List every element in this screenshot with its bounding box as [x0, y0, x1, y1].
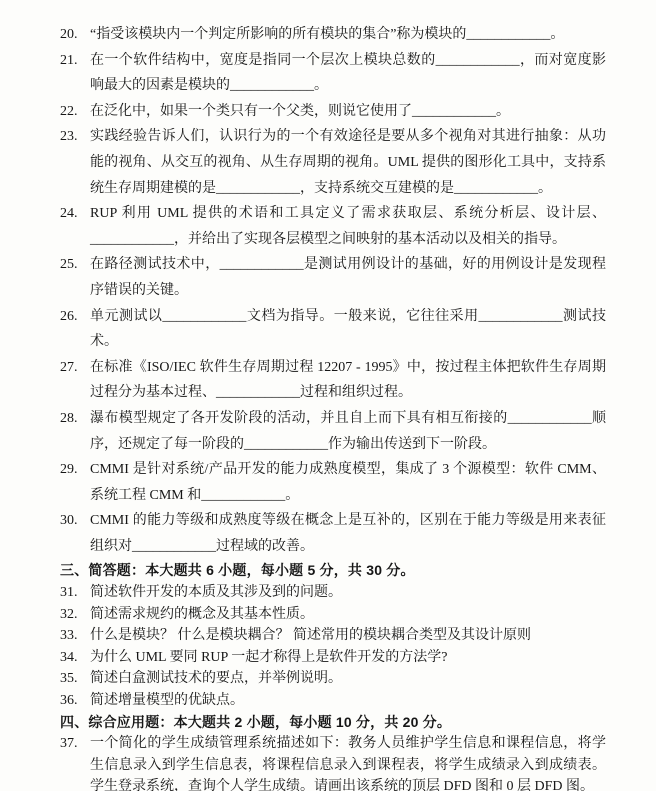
- question-number: 31.: [60, 582, 90, 604]
- question-text: 简述白盒测试技术的要点，并举例说明。: [90, 668, 606, 690]
- lower-sections: 三、简答题：本大题共 6 小题，每小题 5 分，共 30 分。 31. 简述软件…: [60, 560, 606, 791]
- question-number: 20.: [60, 22, 90, 48]
- question-text: CMMI 是针对系统/产品开发的能力成熟度模型，集成了 3 个源模型：软件 CM…: [90, 457, 606, 508]
- question-number: 36.: [60, 690, 90, 712]
- question-31: 31. 简述软件开发的本质及其涉及到的问题。: [60, 582, 606, 604]
- question-number: 32.: [60, 604, 90, 626]
- question-35: 35. 简述白盒测试技术的要点，并举例说明。: [60, 668, 606, 690]
- question-text: 为什么 UML 要同 RUP 一起才称得上是软件开发的方法学?: [90, 647, 606, 669]
- question-text: CMMI 的能力等级和成熟度等级在概念上是互补的，区别在于能力等级是用来表征组织…: [90, 508, 606, 559]
- question-text: 瀑布模型规定了各开发阶段的活动，并且自上而下具有相互衔接的___________…: [90, 406, 606, 457]
- question-text: 简述软件开发的本质及其涉及到的问题。: [90, 582, 606, 604]
- question-33: 33. 什么是模块？ 什么是模块耦合？ 简述常用的模块耦合类型及其设计原则: [60, 625, 606, 647]
- fill-in-blank-section: 20. “指受该模块内一个判定所影响的所有模块的集合”称为模块的________…: [60, 22, 606, 559]
- section-heading-text: 四、综合应用题：本大题共 2 小题，每小题 10 分，共 20 分。: [60, 712, 606, 734]
- question-36: 36. 简述增量模型的优缺点。: [60, 690, 606, 712]
- question-34: 34. 为什么 UML 要同 RUP 一起才称得上是软件开发的方法学?: [60, 647, 606, 669]
- question-text: 在标准《ISO/IEC 软件生存周期过程 12207 - 1995》中，按过程主…: [90, 355, 606, 406]
- question-text: 实践经验告诉人们，认识行为的一个有效途径是要从多个视角对其进行抽象：从功能的视角…: [90, 124, 606, 201]
- question-text: 单元测试以____________文档为指导。一般来说，它往往采用_______…: [90, 304, 606, 355]
- question-32: 32. 简述需求规约的概念及其基本性质。: [60, 604, 606, 626]
- question-30: 30. CMMI 的能力等级和成熟度等级在概念上是互补的，区别在于能力等级是用来…: [60, 508, 606, 559]
- question-20: 20. “指受该模块内一个判定所影响的所有模块的集合”称为模块的________…: [60, 22, 606, 48]
- question-text: RUP 利用 UML 提供的术语和工具定义了需求获取层、系统分析层、设计层、__…: [90, 201, 606, 252]
- section-heading-application: 四、综合应用题：本大题共 2 小题，每小题 10 分，共 20 分。: [60, 712, 606, 734]
- question-number: 35.: [60, 668, 90, 690]
- question-text: 简述需求规约的概念及其基本性质。: [90, 604, 606, 626]
- question-number: 37.: [60, 733, 90, 755]
- question-number: 24.: [60, 201, 90, 227]
- question-number: 29.: [60, 457, 90, 483]
- question-number: 25.: [60, 252, 90, 278]
- section-heading-text: 三、简答题：本大题共 6 小题，每小题 5 分，共 30 分。: [60, 560, 606, 582]
- question-number: 33.: [60, 625, 90, 647]
- question-number: 21.: [60, 48, 90, 74]
- question-number: 26.: [60, 304, 90, 330]
- section-heading-short-answer: 三、简答题：本大题共 6 小题，每小题 5 分，共 30 分。: [60, 560, 606, 582]
- question-number: 23.: [60, 124, 90, 150]
- question-29: 29. CMMI 是针对系统/产品开发的能力成熟度模型，集成了 3 个源模型：软…: [60, 457, 606, 508]
- question-24: 24. RUP 利用 UML 提供的术语和工具定义了需求获取层、系统分析层、设计…: [60, 201, 606, 252]
- question-27: 27. 在标准《ISO/IEC 软件生存周期过程 12207 - 1995》中，…: [60, 355, 606, 406]
- exam-page: 20. “指受该模块内一个判定所影响的所有模块的集合”称为模块的________…: [0, 0, 656, 791]
- question-number: 27.: [60, 355, 90, 381]
- question-text: 简述增量模型的优缺点。: [90, 690, 606, 712]
- question-text: 在泛化中，如果一个类只有一个父类，则说它使用了____________。: [90, 99, 606, 125]
- question-25: 25. 在路径测试技术中，____________是测试用例设计的基础，好的用例…: [60, 252, 606, 303]
- question-28: 28. 瀑布模型规定了各开发阶段的活动，并且自上而下具有相互衔接的_______…: [60, 406, 606, 457]
- question-21: 21. 在一个软件结构中，宽度是指同一个层次上模块总数的____________…: [60, 48, 606, 99]
- question-number: 30.: [60, 508, 90, 534]
- question-22: 22. 在泛化中，如果一个类只有一个父类，则说它使用了____________。: [60, 99, 606, 125]
- question-text: 一个简化的学生成绩管理系统描述如下：教务人员维护学生信息和课程信息，将学生信息录…: [90, 733, 606, 791]
- question-number: 28.: [60, 406, 90, 432]
- question-23: 23. 实践经验告诉人们，认识行为的一个有效途径是要从多个视角对其进行抽象：从功…: [60, 124, 606, 201]
- question-text: 在一个软件结构中，宽度是指同一个层次上模块总数的____________，而对宽…: [90, 48, 606, 99]
- question-number: 22.: [60, 99, 90, 125]
- question-37: 37. 一个简化的学生成绩管理系统描述如下：教务人员维护学生信息和课程信息，将学…: [60, 733, 606, 791]
- question-26: 26. 单元测试以____________文档为指导。一般来说，它往往采用___…: [60, 304, 606, 355]
- question-text: 什么是模块？ 什么是模块耦合？ 简述常用的模块耦合类型及其设计原则: [90, 625, 606, 647]
- question-text: “指受该模块内一个判定所影响的所有模块的集合”称为模块的____________…: [90, 22, 606, 48]
- question-text: 在路径测试技术中，____________是测试用例设计的基础，好的用例设计是发…: [90, 252, 606, 303]
- question-number: 34.: [60, 647, 90, 669]
